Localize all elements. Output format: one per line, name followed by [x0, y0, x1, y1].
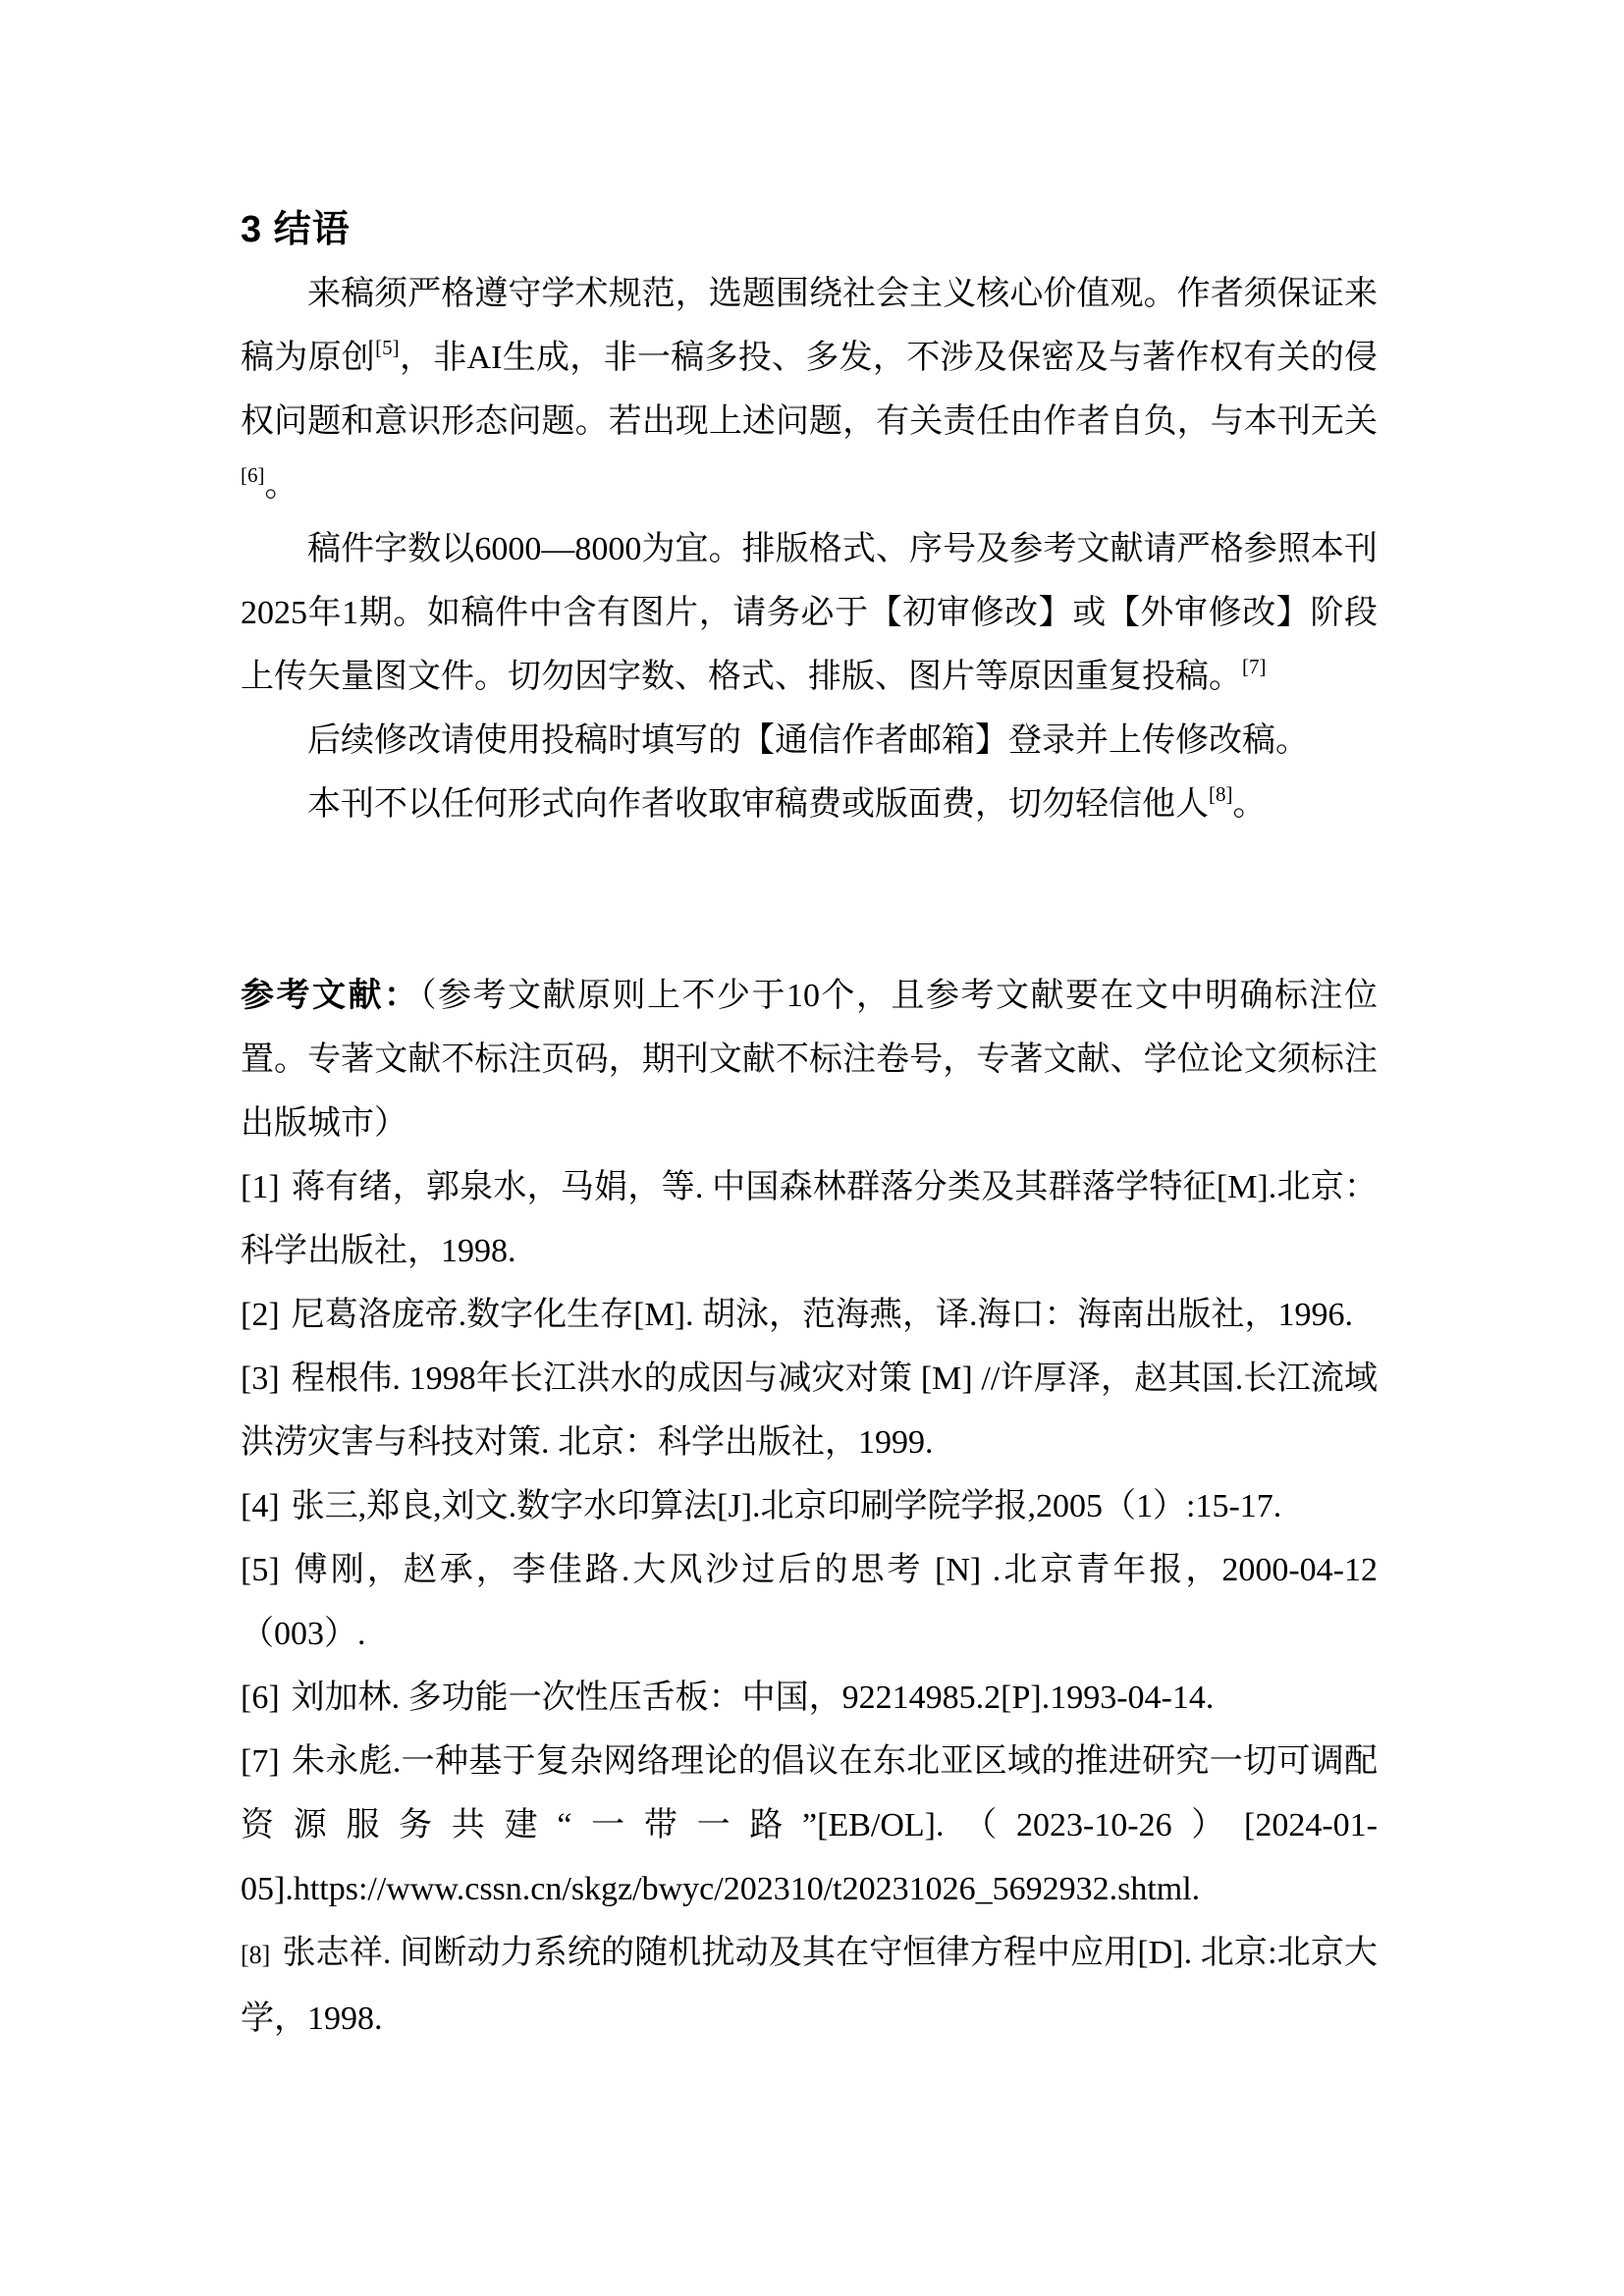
- body-paragraphs: 来稿须严格遵守学术规范，选题围绕社会主义核心价值观。作者须保证来稿为原创[5]，…: [241, 262, 1378, 836]
- reference-text: 傅刚，赵承，李佳路.大风沙过后的思考 [N] .北京青年报，2000-04-12…: [241, 1552, 1378, 1652]
- reference-text: 刘加林. 多功能一次性压舌板：中国，92214985.2[P].1993-04-…: [292, 1680, 1215, 1716]
- reference-list: [1]蒋有绪，郭泉水，马娟，等. 中国森林群落分类及其群落学特征[M].北京：科…: [241, 1155, 1378, 2051]
- references-intro: 参考文献：（参考文献原则上不少于10个，且参考文献要在文中明确标注位置。专著文献…: [241, 964, 1378, 1155]
- reference-marker: [4]: [241, 1488, 280, 1524]
- citation-superscript: [8]: [1209, 782, 1233, 806]
- reference-text: 程根伟. 1998年长江洪水的成因与减灾对策 [M] //许厚泽，赵其国.长江流…: [241, 1361, 1378, 1461]
- reference-marker: [7]: [241, 1743, 280, 1780]
- body-paragraph: 稿件字数以6000—8000为宜。排版格式、序号及参考文献请严格参照本刊2025…: [241, 517, 1378, 709]
- paragraph-text: 后续修改请使用投稿时填写的【通信作者邮箱】登录并上传修改稿。: [307, 722, 1309, 759]
- citation-superscript: [7]: [1242, 655, 1267, 678]
- reference-text: 张三,郑良,刘文.数字水印算法[J].北京印刷学院学报,2005（1）:15-1…: [292, 1488, 1282, 1524]
- paragraph-text: 本刊不以任何形式向作者收取审稿费或版面费，切勿轻信他人: [307, 786, 1209, 823]
- paragraph-text: ，非AI生成，非一稿多投、多发，不涉及保密及与著作权有关的侵权问题和意识形态问题…: [241, 340, 1378, 440]
- reference-marker: [8]: [241, 1941, 270, 1969]
- reference-item: [7]朱永彪.一种基于复杂网络理论的倡议在东北亚区域的推进研究一切可调配资源服务…: [241, 1730, 1378, 1921]
- reference-marker: [6]: [241, 1680, 280, 1716]
- reference-marker: [2]: [241, 1297, 280, 1333]
- reference-item: [1]蒋有绪，郭泉水，马娟，等. 中国森林群落分类及其群落学特征[M].北京：科…: [241, 1155, 1378, 1283]
- references-label: 参考文献：: [241, 977, 420, 1014]
- document-page: 3 结语 来稿须严格遵守学术规范，选题围绕社会主义核心价值观。作者须保证来稿为原…: [241, 198, 1378, 2051]
- body-paragraph: 后续修改请使用投稿时填写的【通信作者邮箱】登录并上传修改稿。: [241, 709, 1378, 773]
- paragraph-text: 。: [1233, 786, 1267, 823]
- citation-superscript: [5]: [375, 336, 400, 359]
- reference-marker: [5]: [241, 1552, 280, 1588]
- section-heading: 3 结语: [241, 198, 1378, 262]
- paragraph-text: 。: [265, 467, 298, 504]
- reference-text: 朱永彪.一种基于复杂网络理论的倡议在东北亚区域的推进研究一切可调配资源服务共建“…: [241, 1743, 1378, 1907]
- reference-text: 蒋有绪，郭泉水，马娟，等. 中国森林群落分类及其群落学特征[M].北京：科学出版…: [241, 1169, 1378, 1269]
- reference-text: 张志祥. 间断动力系统的随机扰动及其在守恒律方程中应用[D]. 北京:北京大学，…: [241, 1935, 1378, 2037]
- paragraph-text: 稿件字数以6000—8000为宜。排版格式、序号及参考文献请严格参照本刊2025…: [241, 531, 1378, 695]
- reference-marker: [1]: [241, 1169, 280, 1205]
- body-paragraph: 本刊不以任何形式向作者收取审稿费或版面费，切勿轻信他人[8]。: [241, 773, 1378, 836]
- reference-item: [3]程根伟. 1998年长江洪水的成因与减灾对策 [M] //许厚泽，赵其国.…: [241, 1347, 1378, 1474]
- blank-lines-spacer: [241, 836, 1378, 964]
- citation-superscript: [6]: [241, 463, 265, 487]
- body-paragraph: 来稿须严格遵守学术规范，选题围绕社会主义核心价值观。作者须保证来稿为原创[5]，…: [241, 262, 1378, 517]
- reference-item: [6]刘加林. 多功能一次性压舌板：中国，92214985.2[P].1993-…: [241, 1666, 1378, 1730]
- reference-item: [8]张志祥. 间断动力系统的随机扰动及其在守恒律方程中应用[D]. 北京:北京…: [241, 1921, 1378, 2051]
- reference-text: 尼葛洛庞帝.数字化生存[M]. 胡泳，范海燕，译.海口：海南出版社，1996.: [292, 1297, 1353, 1333]
- reference-item: [4]张三,郑良,刘文.数字水印算法[J].北京印刷学院学报,2005（1）:1…: [241, 1474, 1378, 1538]
- reference-marker: [3]: [241, 1361, 280, 1397]
- reference-item: [2]尼葛洛庞帝.数字化生存[M]. 胡泳，范海燕，译.海口：海南出版社，199…: [241, 1283, 1378, 1347]
- reference-item: [5]傅刚，赵承，李佳路.大风沙过后的思考 [N] .北京青年报，2000-04…: [241, 1538, 1378, 1666]
